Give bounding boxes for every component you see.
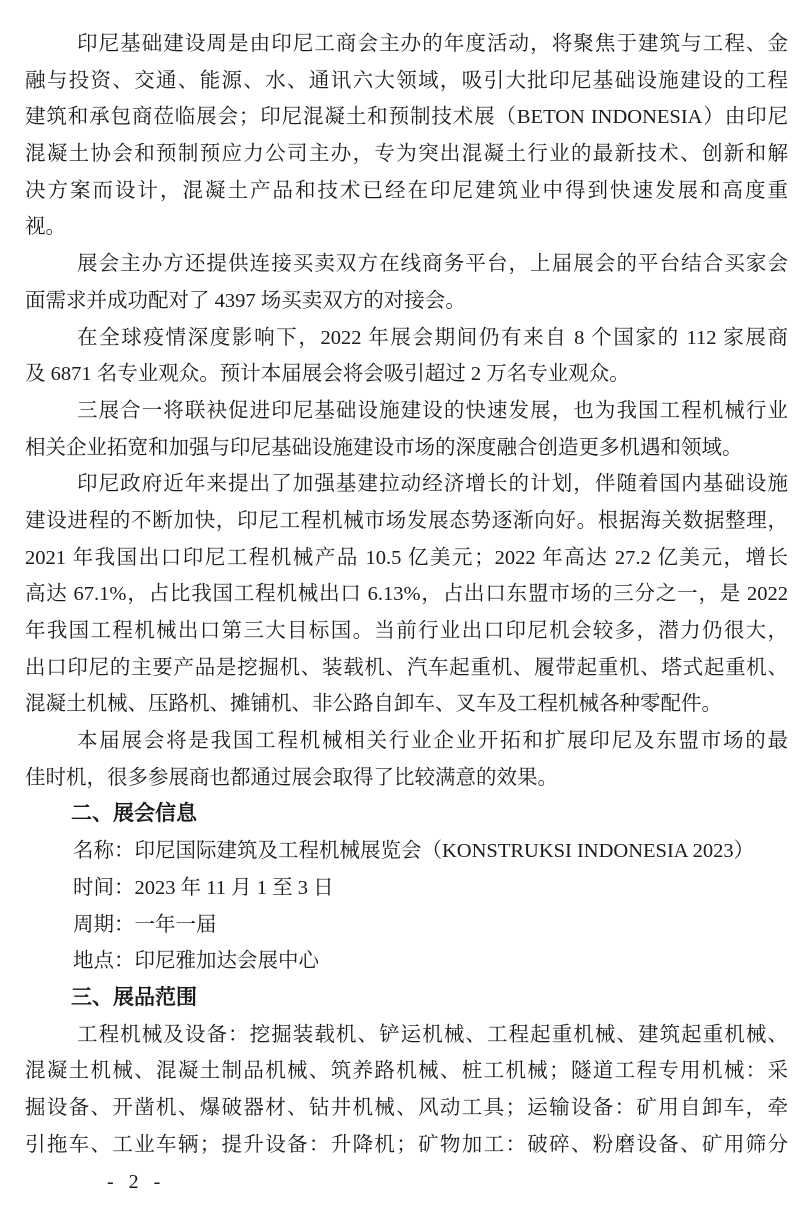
body-line: 佳时机，很多参展商也都通过展会取得了比较满意的效果。 — [25, 760, 788, 797]
body-line: 融与投资、交通、能源、水、通讯六大领域，吸引大批印尼基础设施建设的工程 — [25, 63, 788, 100]
paragraph-attendance: 在全球疫情深度影响下，2022 年展会期间仍有来自 8 个国家的 112 家展商… — [25, 320, 788, 393]
section-heading-exhibit-scope: 三、展品范围 — [25, 980, 788, 1017]
paragraph-three-shows: 三展合一将联袂促进印尼基础设施建设的快速发展，也为我国工程机械行业 相关企业拓宽… — [25, 393, 788, 466]
info-line-date: 时间：2023 年 11 月 1 至 3 日 — [25, 870, 788, 907]
body-line: 印尼政府近年来提出了加强基建拉动经济增长的计划，伴随着国内基础设施 — [25, 466, 788, 503]
body-line: 展会主办方还提供连接买卖双方在线商务平台，上届展会的平台结合买家会 — [25, 246, 788, 283]
body-line: 建设进程的不断加快，印尼工程机械市场发展态势逐渐向好。根据海关数据整理， — [25, 503, 788, 540]
document-page: 印尼基础建设周是由印尼工商会主办的年度活动，将聚焦于建筑与工程、金 融与投资、交… — [0, 0, 800, 1207]
body-line: 视。 — [25, 209, 788, 246]
body-line: 掘设备、开凿机、爆破器材、钻井机械、风动工具；运输设备：矿用自卸车，牵 — [25, 1090, 788, 1127]
section-heading-exhibition-info: 二、展会信息 — [25, 796, 788, 833]
body-line: 混凝土协会和预制预应力公司主办，专为突出混凝土行业的最新技术、创新和解 — [25, 136, 788, 173]
info-line-venue: 地点：印尼雅加达会展中心 — [25, 943, 788, 980]
paragraph-exhibit-scope: 工程机械及设备：挖掘装载机、铲运机械、工程起重机械、建筑起重机械、 混凝土机械、… — [25, 1017, 788, 1164]
body-line: 三展合一将联袂促进印尼基础设施建设的快速发展，也为我国工程机械行业 — [25, 393, 788, 430]
body-line: 高达 67.1%，占比我国工程机械出口 6.13%，占出口东盟市场的三分之一，是… — [25, 576, 788, 613]
paragraph-market: 印尼政府近年来提出了加强基建拉动经济增长的计划，伴随着国内基础设施 建设进程的不… — [25, 466, 788, 723]
body-line: 年我国工程机械出口第三大目标国。当前行业出口印尼机会较多，潜力仍很大， — [25, 613, 788, 650]
body-line: 在全球疫情深度影响下，2022 年展会期间仍有来自 8 个国家的 112 家展商 — [25, 320, 788, 357]
body-line: 2021 年我国出口印尼工程机械产品 10.5 亿美元；2022 年高达 27.… — [25, 540, 788, 577]
body-line: 建筑和承包商莅临展会；印尼混凝土和预制技术展（BETON INDONESIA）由… — [25, 99, 788, 136]
info-line-cycle: 周期：一年一届 — [25, 907, 788, 944]
body-line: 印尼基础建设周是由印尼工商会主办的年度活动，将聚焦于建筑与工程、金 — [25, 26, 788, 63]
body-line: 决方案而设计，混凝土产品和技术已经在印尼建筑业中得到快速发展和高度重 — [25, 173, 788, 210]
body-line: 相关企业拓宽和加强与印尼基础设施建设市场的深度融合创造更多机遇和领域。 — [25, 430, 788, 467]
body-line: 混凝土机械、混凝土制品机械、筑养路机械、桩工机械；隧道工程专用机械：采 — [25, 1053, 788, 1090]
page-number: - 2 - — [25, 1171, 788, 1193]
body-line: 引拖车、工业车辆；提升设备：升降机；矿物加工：破碎、粉磨设备、矿用筛分 — [25, 1127, 788, 1164]
body-line: 面需求并成功配对了 4397 场买卖双方的对接会。 — [25, 283, 788, 320]
body-line: 本届展会将是我国工程机械相关行业企业开拓和扩展印尼及东盟市场的最 — [25, 723, 788, 760]
paragraph-opportunity: 本届展会将是我国工程机械相关行业企业开拓和扩展印尼及东盟市场的最 佳时机，很多参… — [25, 723, 788, 796]
body-line: 工程机械及设备：挖掘装载机、铲运机械、工程起重机械、建筑起重机械、 — [25, 1017, 788, 1054]
info-line-name: 名称：印尼国际建筑及工程机械展览会（KONSTRUKSI INDONESIA 2… — [25, 833, 788, 870]
paragraph-intro: 印尼基础建设周是由印尼工商会主办的年度活动，将聚焦于建筑与工程、金 融与投资、交… — [25, 26, 788, 246]
body-line: 混凝土机械、压路机、摊铺机、非公路自卸车、叉车及工程机械各种零配件。 — [25, 686, 788, 723]
body-line: 及 6871 名专业观众。预计本届展会将会吸引超过 2 万名专业观众。 — [25, 356, 788, 393]
body-line: 出口印尼的主要产品是挖掘机、装载机、汽车起重机、履带起重机、塔式起重机、 — [25, 650, 788, 687]
paragraph-platform: 展会主办方还提供连接买卖双方在线商务平台，上届展会的平台结合买家会 面需求并成功… — [25, 246, 788, 319]
